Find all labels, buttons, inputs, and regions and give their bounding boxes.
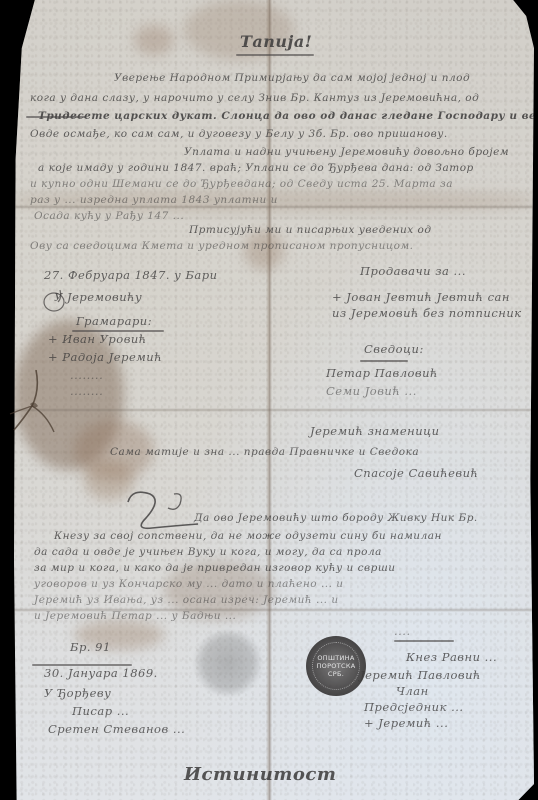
body-line: а које имаду у години 1847. враћ; Уплани…: [38, 162, 474, 174]
document-title: Тапија!: [240, 32, 312, 51]
middle-line: Сама матије и зна ... правда Правничке и…: [110, 446, 419, 458]
right-name: Петар Павловић: [326, 366, 438, 380]
bottom-right-line: Члан: [396, 684, 429, 698]
faded-seal-stamp: [192, 630, 264, 696]
body-line: за мир и кога, и како да је привредан из…: [34, 562, 396, 574]
paper-sheet: Тапија! Уверење Народном Примирјању да с…: [14, 0, 534, 800]
bottom-left-number: Бр. 91: [70, 640, 111, 654]
body-line: и Јеремовић Петар ... у Бадњи ...: [34, 610, 236, 622]
body-line: Кнезу за свој сопствени, да не може одуз…: [54, 530, 442, 542]
middle-line: Спасоје Савићевић: [354, 466, 478, 480]
body-line: и купно одни Шемани се до Ђурђевдана; од…: [30, 178, 453, 190]
right-name: + Јован Јевтић Јевтић сан: [332, 290, 510, 304]
seal-ring: [312, 642, 360, 690]
middle-line: Јеремић знаменици: [310, 424, 440, 438]
footer-word: Истинитост: [184, 764, 336, 785]
bottom-left-date: 30. Јануара 1869.: [44, 666, 158, 680]
left-name: + Иван Уровић: [48, 332, 147, 346]
body-line: Тридесете царских дукат. Слонца да ово о…: [38, 110, 534, 122]
right-role-2: Сведоци:: [364, 342, 424, 356]
left-role: Грамарари:: [76, 314, 152, 328]
left-name: ........: [70, 368, 103, 382]
bottom-right-line: Јеремић Павловић: [360, 668, 481, 682]
body-line: Јеремић уз Ивања, уз ... осана изреч: Је…: [34, 594, 339, 606]
right-name: из Јеремовић без потписник: [332, 306, 522, 320]
bottom-left-name: Сретен Стеванов ...: [48, 722, 185, 736]
bottom-right-line: + Јеремић ...: [364, 716, 448, 730]
stain-top-left: [134, 25, 174, 55]
right-role-1: Продавачи за ...: [360, 264, 466, 278]
official-seal-stamp: ОПШТИНА ПОРОТСКА СРБ.: [306, 636, 366, 696]
fold-line-horizontal-2: [14, 408, 534, 412]
string-tie-icon: [6, 370, 66, 440]
body-line: да сада и овде је учињен Вуку и кога, и …: [34, 546, 382, 558]
bottom-left-place: У Ђорђеву: [44, 686, 111, 700]
bottom-right-flourish: [394, 640, 454, 642]
body-line: Овде осмађе, ко сам сам, и дуговезу у Бе…: [30, 128, 448, 140]
body-line: кога у дана слазу, у нарочито у селу Зни…: [30, 92, 479, 104]
body-line: Уплата и надни учињену Јеремовићу довољн…: [184, 146, 509, 158]
body-line: раз у ... изредна уплата 1843 уплатни и: [30, 194, 278, 206]
bottom-right-line: Кнез Равни ...: [406, 650, 497, 664]
body-line: Ову са сведоцима Кмета и уредном прописа…: [30, 240, 414, 252]
document-photo: Тапија! Уверење Народном Примирјању да с…: [0, 0, 538, 800]
strike-line: [26, 116, 86, 118]
body-line: Да ово Јеремовићу што бороду Живку Ник Б…: [194, 512, 478, 524]
right-name: Семи Јовић ...: [326, 384, 417, 398]
bottom-right-line: ....: [394, 624, 411, 638]
left-name: + Радоја Јеремић: [48, 350, 162, 364]
body-line: Осада кућу у Рађу 147 ...: [34, 210, 184, 222]
title-underline: [236, 54, 314, 56]
bottom-left-role: Писар ...: [72, 704, 129, 718]
left-name: ........: [70, 384, 103, 398]
left-date-line: 27. Фебруара 1847. у Бари: [44, 268, 218, 282]
body-line: Пртисујући ми и писарњих уведених од: [189, 224, 432, 236]
stain-top-center: [184, 0, 294, 60]
body-line: Уверење Народном Примирјању да сам мојој…: [114, 72, 470, 84]
body-line: уговоров и уз Кончарско му ... дато и пл…: [34, 578, 344, 590]
flourish-loop-icon: [40, 286, 70, 316]
role-2-underline: [360, 360, 408, 362]
bottom-right-line: Предсједник ...: [364, 700, 464, 714]
